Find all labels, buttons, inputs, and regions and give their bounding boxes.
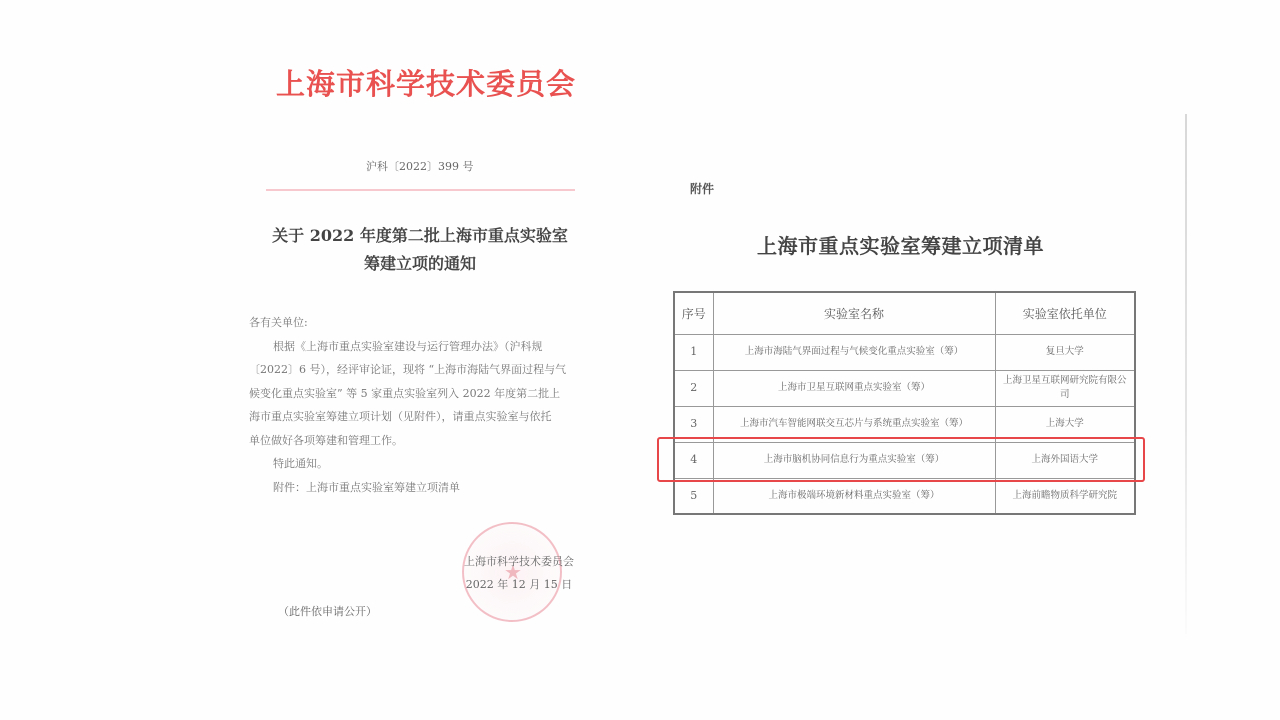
row-host-unit: 上海前瞻物质科学研究院: [995, 478, 1135, 514]
attachment-title: 上海市重点实验室筹建立项清单: [757, 230, 1044, 259]
header-host-unit: 实验室依托单位: [995, 292, 1135, 334]
table-row: 2 上海市卫星互联网重点实验室（筹） 上海卫星互联网研究院有限公司: [674, 370, 1135, 406]
body-line: 单位做好各项筹建和管理工作。: [249, 429, 599, 453]
row-host-unit: 复旦大学: [995, 334, 1135, 370]
document-number: 沪科〔2022〕399 号: [366, 158, 474, 174]
table-row: 1 上海市海陆气界面过程与气候变化重点实验室（筹） 复旦大学: [674, 334, 1135, 370]
body-line: 根据《上海市重点实验室建设与运行管理办法》（沪科规: [249, 335, 599, 359]
row-index: 4: [674, 442, 713, 478]
lab-list-table: 序号 实验室名称 实验室依托单位 1 上海市海陆气界面过程与气候变化重点实验室（…: [673, 291, 1136, 515]
row-index: 5: [674, 478, 713, 514]
signature-org: 上海市科学技术委员会: [449, 550, 589, 573]
row-host-unit: 上海外国语大学: [995, 442, 1135, 478]
row-host-unit: 上海大学: [995, 406, 1135, 442]
attachment-reference: 附件：上海市重点实验室筹建立项清单: [249, 476, 599, 500]
document-screenshot: 上海市科学技术委员会 沪科〔2022〕399 号 关于 2022 年度第二批上海…: [0, 0, 1280, 720]
body-line: 〔2022〕6 号），经评审论证，现将 “上海市海陆气界面过程与气: [249, 358, 599, 382]
row-index: 1: [674, 334, 713, 370]
row-lab-name: 上海市极端环境新材料重点实验室（筹）: [713, 478, 995, 514]
header-index: 序号: [674, 292, 713, 334]
closing-text: 特此通知。: [249, 452, 599, 476]
row-index: 3: [674, 406, 713, 442]
signature-block: 上海市科学技术委员会 2022 年 12 月 15 日: [449, 550, 589, 596]
table-row: 3 上海市汽车智能网联交互芯片与系统重点实验室（筹） 上海大学: [674, 406, 1135, 442]
notice-page: 上海市科学技术委员会 沪科〔2022〕399 号 关于 2022 年度第二批上海…: [0, 0, 640, 720]
body-line: 候变化重点实验室” 等 5 家重点实验室列入 2022 年度第二批上: [249, 382, 599, 406]
attachment-label: 附件: [690, 180, 714, 197]
table-header-row: 序号 实验室名称 实验室依托单位: [674, 292, 1135, 334]
row-lab-name: 上海市汽车智能网联交互芯片与系统重点实验室（筹）: [713, 406, 995, 442]
row-host-unit: 上海卫星互联网研究院有限公司: [995, 370, 1135, 406]
row-lab-name: 上海市脑机协同信息行为重点实验室（筹）: [713, 442, 995, 478]
notice-body: 各有关单位: 根据《上海市重点实验室建设与运行管理办法》（沪科规 〔2022〕6…: [249, 311, 599, 499]
notice-title: 关于 2022 年度第二批上海市重点实验室 筹建立项的通知: [250, 222, 590, 278]
letterhead-divider: [266, 189, 575, 191]
letterhead: 上海市科学技术委员会: [276, 62, 566, 103]
body-line: 海市重点实验室筹建立项计划（见附件），请重点实验室与依托: [249, 405, 599, 429]
signature-date: 2022 年 12 月 15 日: [449, 573, 589, 596]
table-row-highlighted: 4 上海市脑机协同信息行为重点实验室（筹） 上海外国语大学: [674, 442, 1135, 478]
notice-title-line-2: 筹建立项的通知: [250, 250, 590, 278]
row-lab-name: 上海市海陆气界面过程与气候变化重点实验室（筹）: [713, 334, 995, 370]
disclosure-note: （此件依申请公开）: [278, 603, 377, 619]
header-lab-name: 实验室名称: [713, 292, 995, 334]
row-index: 2: [674, 370, 713, 406]
page-edge-divider: [1185, 114, 1187, 634]
salutation: 各有关单位:: [249, 311, 599, 335]
row-lab-name: 上海市卫星互联网重点实验室（筹）: [713, 370, 995, 406]
notice-title-line-1: 关于 2022 年度第二批上海市重点实验室: [250, 222, 590, 250]
table-row: 5 上海市极端环境新材料重点实验室（筹） 上海前瞻物质科学研究院: [674, 478, 1135, 514]
